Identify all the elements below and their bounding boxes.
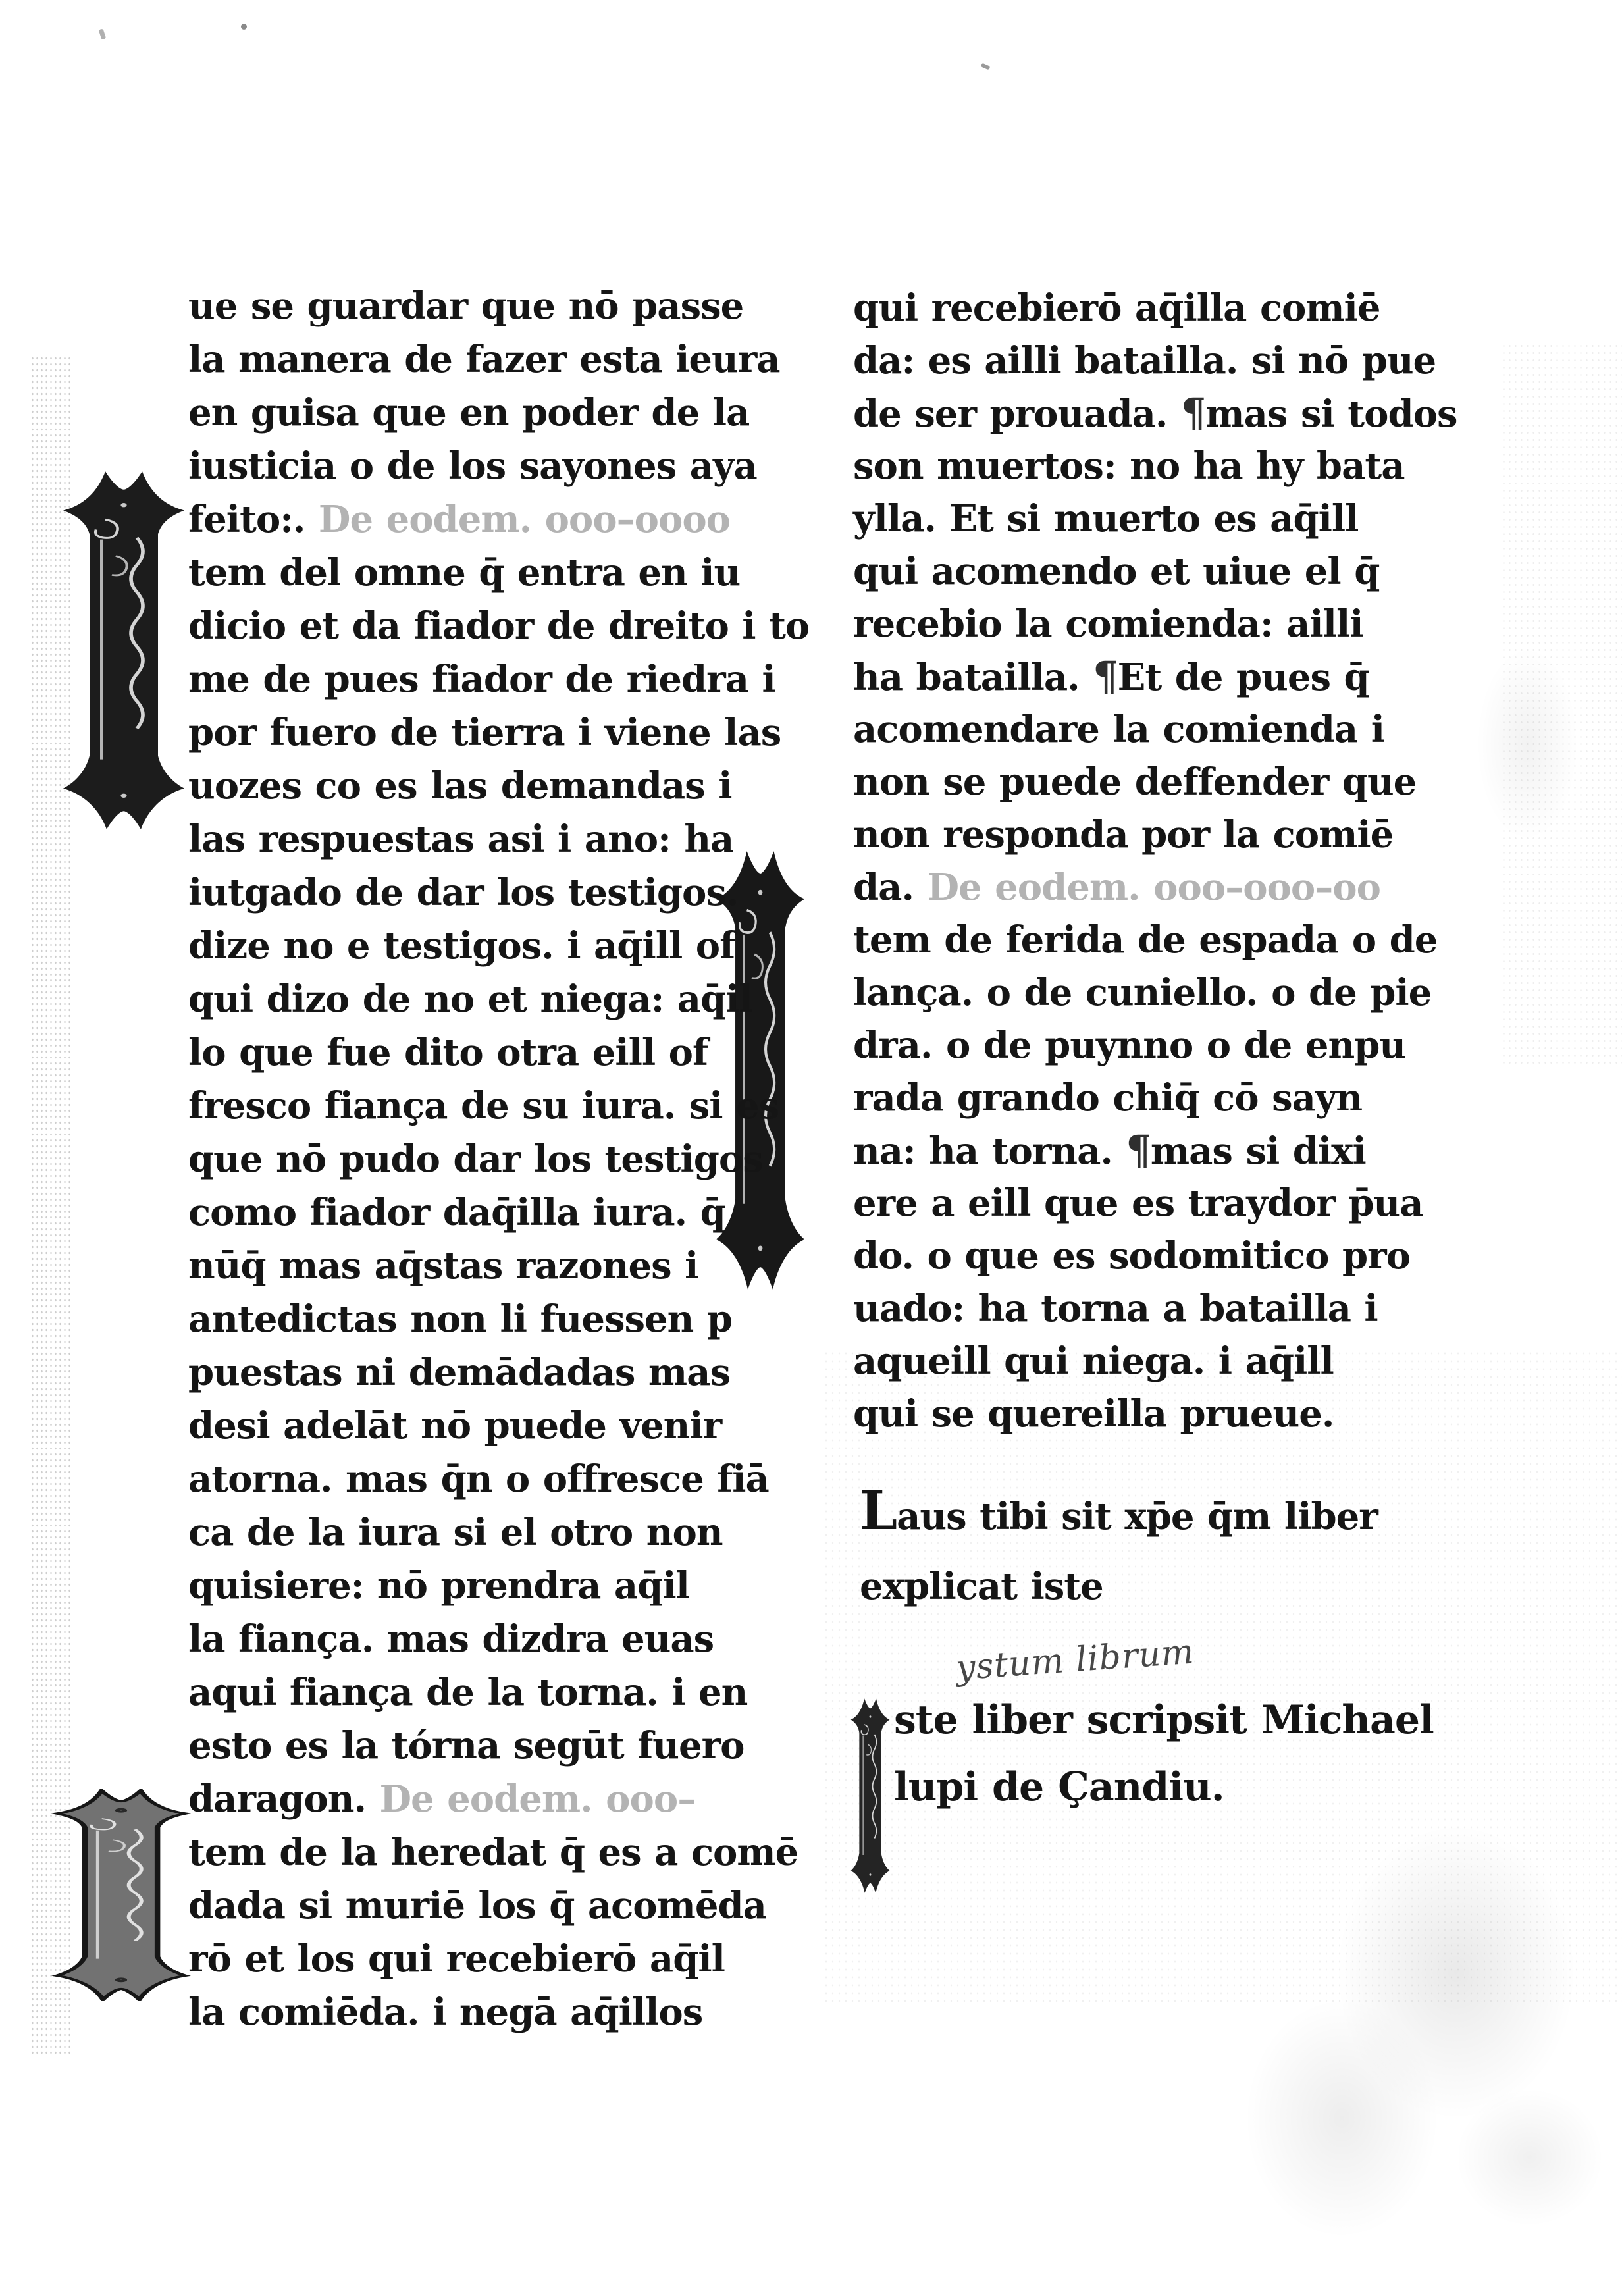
ink-segment: feito:.	[188, 498, 319, 541]
text-line: de ser prouada. ¶mas si todos	[853, 387, 1457, 440]
ink-segment: qui dizo de no et niega: aq̄il	[188, 978, 752, 1021]
text-line: tem de ferida de espada o de	[853, 914, 1457, 966]
ink-segment: desi adelāt nō puede venir	[188, 1404, 721, 1448]
ink-segment: iutgado de dar los testigos.	[188, 871, 738, 914]
text-line: dra. o de puynno o de enpu	[853, 1019, 1457, 1072]
ink-segment: qui acomendo et uiue el q̄	[853, 550, 1379, 593]
ink-segment: da.	[853, 866, 927, 909]
ink-speck	[241, 24, 247, 30]
ink-segment: como fiador daq̄illa iura. q̄	[188, 1191, 725, 1234]
ink-segment: dicio et da fiador de dreito i to	[188, 604, 809, 648]
ink-segment: uozes co es las demandas i	[188, 764, 731, 808]
text-line: acomendare la comienda i	[853, 703, 1457, 756]
text-line: ue se guardar que nō passe	[188, 280, 809, 333]
ink-segment: de ser prouada.	[853, 392, 1181, 436]
ink-segment: tem de ferida de espada o de	[853, 918, 1437, 962]
text-line: me de pues fiador de riedra i	[188, 653, 809, 706]
ink-segment: ylla. Et si muerto es aq̄ill	[853, 497, 1358, 540]
ink-segment: dize no e testigos. i aq̄ill of	[188, 924, 735, 968]
colophon: Laus tibi sit xp̄e q̄m liber explicat is…	[860, 1473, 1378, 1625]
text-line: qui dizo de no et niega: aq̄il	[188, 973, 809, 1026]
ink-segment: ere a eill que es traydor p̄ua	[853, 1182, 1423, 1225]
rubric-segment: De eodem. ooo–	[379, 1777, 695, 1821]
scan-noise-artifact	[823, 1349, 1622, 2008]
text-line: son muertos: no ha hy bata	[853, 440, 1457, 492]
text-line: tem de la heredat q̄ es a comē	[188, 1826, 809, 1879]
text-line: la comiēda. i negā aq̄illos	[188, 1986, 809, 2039]
text-line: las respuestas asi i ano: ha	[188, 813, 809, 866]
text-line: recebio la comienda: ailli	[853, 598, 1457, 650]
ink-segment: iusticia o de los sayones aya	[188, 444, 757, 488]
text-line: que nō pudo dar los testigos	[188, 1133, 809, 1186]
ink-segment: me de pues fiador de riedra i	[188, 658, 775, 701]
ink-segment: da: es ailli batailla. si nō pue	[853, 339, 1436, 382]
text-line: rō et los qui recebierō aq̄il	[188, 1933, 809, 1986]
ink-segment: mas si todos	[1205, 392, 1457, 436]
manuscript-scan-page: { "page": { "background": "#ffffff", "in…	[0, 0, 1622, 2296]
text-line: ha batailla. ¶Et de pues q̄	[853, 650, 1457, 703]
text-line: la fiança. mas dizdra euas	[188, 1613, 809, 1666]
text-line: ca de la iura si el otro non	[188, 1506, 809, 1559]
text-line: ere a eill que es traydor p̄ua	[853, 1177, 1457, 1230]
ink-segment: acomendare la comienda i	[853, 708, 1384, 751]
ink-segment: mas si dixi	[1151, 1130, 1366, 1173]
right-text-column: qui recebierō aq̄illa comiēda: es ailli …	[853, 282, 1457, 1440]
colophon-line: Laus tibi sit xp̄e q̄m liber	[860, 1473, 1378, 1549]
text-line: fresco fiança de su iura. si es	[188, 1080, 809, 1133]
paraph-segment: ¶	[1126, 1127, 1150, 1174]
text-line: por fuero de tierra i viene las	[188, 706, 809, 760]
text-line: como fiador daq̄illa iura. q̄	[188, 1186, 809, 1239]
ink-segment: la fiança. mas dizdra euas	[188, 1617, 714, 1661]
ink-segment: la comiēda. i negā aq̄illos	[188, 1991, 702, 2034]
text-line: lança. o de cuniello. o de pie	[853, 966, 1457, 1019]
text-line: puestas ni demādadas mas	[188, 1346, 809, 1399]
ink-segment: Et de pues q̄	[1118, 656, 1369, 699]
scribe-line: ste liber scripsit Michael	[894, 1686, 1434, 1754]
ink-segment: nūq̄ mas aq̄stas razones i	[188, 1244, 698, 1288]
ink-segment: ue se guardar que nō passe	[188, 284, 743, 328]
rubric-segment: De eodem. ooo–ooo–oo	[927, 866, 1380, 909]
text-line: nūq̄ mas aq̄stas razones i	[188, 1239, 809, 1293]
ink-speck	[99, 28, 107, 39]
parchment-page: ue se guardar que nō passela manera de f…	[0, 0, 1622, 2296]
text-line: dize no e testigos. i aq̄ill of	[188, 920, 809, 973]
ink-segment: uado: ha torna a batailla i	[853, 1287, 1378, 1330]
ink-segment: lo que fue dito otra eill of	[188, 1031, 708, 1074]
text-line: dicio et da fiador de dreito i to	[188, 600, 809, 653]
text-line: lo que fue dito otra eill of	[188, 1026, 809, 1080]
text-line: en guisa que en poder de la	[188, 386, 809, 440]
ink-segment: daragon.	[188, 1777, 379, 1821]
text-line: uado: ha torna a batailla i	[853, 1282, 1457, 1335]
ink-segment: rada grando chiq̄ cō sayn	[853, 1076, 1362, 1120]
text-line: da. De eodem. ooo–ooo–oo	[853, 861, 1457, 914]
ink-segment: aqueill qui niega. i aq̄ill	[853, 1340, 1334, 1383]
ink-segment: antedictas non li fuessen p	[188, 1297, 732, 1341]
ink-segment: recebio la comienda: ailli	[853, 602, 1363, 646]
ink-segment: ha batailla.	[853, 656, 1093, 699]
text-line: quisiere: nō prendra aq̄il	[188, 1559, 809, 1613]
ink-segment: rō et los qui recebierō aq̄il	[188, 1937, 725, 1981]
decorated-initial-I-item-heredat	[51, 1789, 191, 2001]
paraph-segment: ¶	[1093, 653, 1117, 700]
colophon-line: explicat iste	[860, 1549, 1378, 1625]
ink-segment: do. o que es sodomitico pro	[853, 1234, 1410, 1278]
ink-segment: la manera de fazer esta ieura	[188, 338, 780, 381]
scribe-line: lupi de Çandiu.	[894, 1754, 1434, 1821]
ink-segment: son muertos: no ha hy bata	[853, 444, 1405, 488]
ink-segment: ca de la iura si el otro non	[188, 1511, 723, 1554]
text-line: non se puede deffender que	[853, 756, 1457, 808]
ink-segment: aqui fiança de la torna. i en	[188, 1671, 747, 1714]
text-line: do. o que es sodomitico pro	[853, 1230, 1457, 1282]
paraph-segment: ¶	[1181, 390, 1205, 436]
ink-segment: qui recebierō aq̄illa comiē	[853, 286, 1380, 330]
text-line: non responda por la comiē	[853, 808, 1457, 861]
scan-noise-artifact	[1501, 342, 1622, 1066]
ink-segment: puestas ni demādadas mas	[188, 1351, 730, 1394]
ink-segment: quisiere: nō prendra aq̄il	[188, 1564, 689, 1607]
text-line: uozes co es las demandas i	[188, 760, 809, 813]
ink-segment: por fuero de tierra i viene las	[188, 711, 781, 754]
text-line: tem del omne q̄ entra en iu	[188, 546, 809, 600]
text-line: da: es ailli batailla. si nō pue	[853, 334, 1457, 387]
decorated-initial-I-item-omne	[58, 469, 190, 832]
ink-segment: na: ha torna.	[853, 1130, 1126, 1173]
text-line: qui acomendo et uiue el q̄	[853, 545, 1457, 598]
ink-segment: fresco fiança de su iura. si es	[188, 1084, 779, 1128]
cursive-annotation: ystum librum	[955, 1632, 1195, 1688]
ink-segment: dada si muriē los q̄ acomēda	[188, 1884, 766, 1927]
ink-segment: lança. o de cuniello. o de pie	[853, 971, 1431, 1014]
text-line: desi adelāt nō puede venir	[188, 1399, 809, 1453]
ink-segment: las respuestas asi i ano: ha	[188, 818, 733, 861]
left-text-column: ue se guardar que nō passela manera de f…	[188, 280, 809, 2039]
text-line: esto es la tórna segūt fuero	[188, 1719, 809, 1773]
ink-segment: dra. o de puynno o de enpu	[853, 1024, 1405, 1067]
ink-segment: atorna. mas q̄n o offresce fiā	[188, 1457, 769, 1501]
text-line: daragon. De eodem. ooo–	[188, 1773, 809, 1826]
ink-segment: non responda por la comiē	[853, 813, 1393, 856]
ink-segment: tem del omne q̄ entra en iu	[188, 551, 740, 594]
initial-I-iste-liber	[849, 1697, 891, 1894]
text-line: ylla. Et si muerto es aq̄ill	[853, 492, 1457, 545]
text-line: dada si muriē los q̄ acomēda	[188, 1879, 809, 1933]
text-line: aqui fiança de la torna. i en	[188, 1666, 809, 1719]
ink-segment: non se puede deffender que	[853, 760, 1416, 804]
ink-segment: tem de la heredat q̄ es a comē	[188, 1831, 798, 1874]
text-line: la manera de fazer esta ieura	[188, 333, 809, 386]
text-line: qui recebierō aq̄illa comiē	[853, 282, 1457, 334]
ink-segment: que nō pudo dar los testigos	[188, 1137, 763, 1181]
parchment-stain	[1448, 592, 1606, 895]
rubric-segment: De eodem. ooo–oooo	[319, 498, 730, 541]
text-line: iutgado de dar los testigos.	[188, 866, 809, 920]
text-line: antedictas non li fuessen p	[188, 1293, 809, 1346]
text-line: aqueill qui niega. i aq̄ill	[853, 1335, 1457, 1388]
ink-segment: en guisa que en poder de la	[188, 391, 749, 434]
ink-speck	[980, 63, 990, 70]
ink-segment: esto es la tórna segūt fuero	[188, 1724, 744, 1767]
text-line: na: ha torna. ¶mas si dixi	[853, 1124, 1457, 1177]
text-line: qui se quereilla prueue.	[853, 1388, 1457, 1440]
ink-segment: qui se quereilla prueue.	[853, 1392, 1334, 1436]
text-line: rada grando chiq̄ cō sayn	[853, 1072, 1457, 1124]
text-line: feito:. De eodem. ooo–oooo	[188, 493, 809, 546]
parchment-stain	[1211, 1777, 1619, 2264]
scribe-signature: ste liber scripsit Michael lupi de Çandi…	[894, 1686, 1434, 1821]
text-line: iusticia o de los sayones aya	[188, 440, 809, 493]
text-line: atorna. mas q̄n o offresce fiā	[188, 1453, 809, 1506]
